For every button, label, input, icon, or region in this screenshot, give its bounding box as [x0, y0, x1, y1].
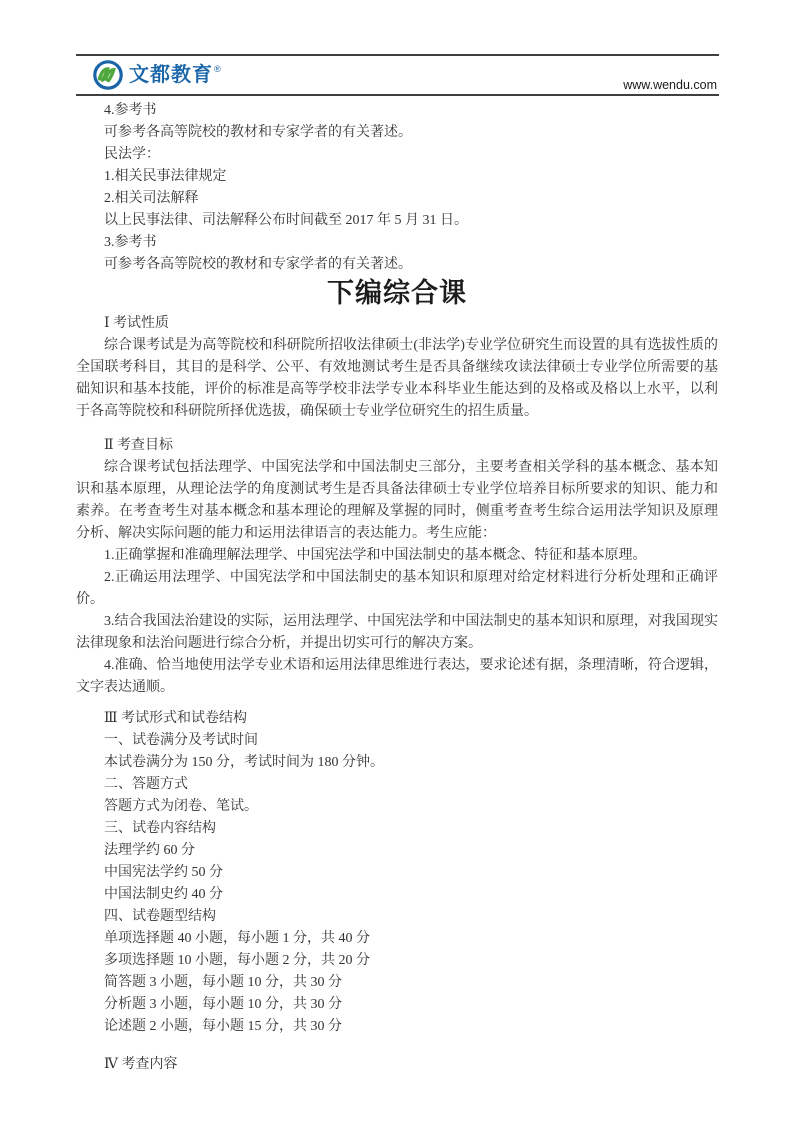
- brand-logo: 文都教育 ®: [92, 59, 220, 91]
- exam-structure-line: 法理学约 60 分: [76, 840, 718, 862]
- document-body: 4.参考书 可参考各高等院校的教材和专家学者的有关著述。 民法学： 1.相关民事…: [76, 94, 718, 1076]
- preamble-line: 2.相关司法解释: [76, 188, 718, 210]
- section-heading-3: Ⅲ 考试形式和试卷结构: [76, 708, 718, 730]
- section-heading-4: Ⅳ 考查内容: [76, 1054, 718, 1076]
- objective-item: 3.结合我国法治建设的实际，运用法理学、中国宪法学和中国法制史的基本知识和原理，…: [76, 611, 718, 655]
- exam-structure-line: 论述题 2 小题，每小题 15 分，共 30 分: [76, 1016, 718, 1038]
- section-paragraph: 综合课考试包括法理学、中国宪法学和中国法制史三部分，主要考查相关学科的基本概念、…: [76, 457, 718, 545]
- objective-item: 4.准确、恰当地使用法学专业术语和运用法律思维进行表达，要求论述有据，条理清晰，…: [76, 655, 718, 699]
- section-heading-2: Ⅱ 考查目标: [76, 435, 718, 457]
- exam-structure-line: 单项选择题 40 小题，每小题 1 分，共 40 分: [76, 928, 718, 950]
- page-header: 文都教育 ® www.wendu.com: [76, 54, 719, 96]
- exam-structure-line: 分析题 3 小题，每小题 10 分，共 30 分: [76, 994, 718, 1016]
- exam-structure-line: 一、试卷满分及考试时间: [76, 730, 718, 752]
- doc-title: 下编综合课: [76, 276, 718, 310]
- exam-structure-line: 答题方式为闭卷、笔试。: [76, 796, 718, 818]
- exam-structure-line: 本试卷满分为 150 分，考试时间为 180 分钟。: [76, 752, 718, 774]
- preamble-line: 4.参考书: [76, 100, 718, 122]
- exam-structure-line: 四、试卷题型结构: [76, 906, 718, 928]
- section-heading-1: Ⅰ 考试性质: [76, 313, 718, 335]
- exam-structure-line: 三、试卷内容结构: [76, 818, 718, 840]
- section-paragraph: 综合课考试是为高等院校和科研院所招收法律硕士(非法学)专业学位研究生而设置的具有…: [76, 335, 718, 423]
- exam-structure-line: 中国法制史约 40 分: [76, 884, 718, 906]
- objective-item: 1.正确掌握和准确理解法理学、中国宪法学和中国法制史的基本概念、特征和基本原理。: [76, 545, 718, 567]
- preamble-line: 3.参考书: [76, 232, 718, 254]
- website-url: www.wendu.com: [623, 78, 717, 92]
- preamble-line: 以上民事法律、司法解释公布时间截至 2017 年 5 月 31 日。: [76, 210, 718, 232]
- exam-structure-line: 多项选择题 10 小题，每小题 2 分，共 20 分: [76, 950, 718, 972]
- preamble-line: 民法学：: [76, 144, 718, 166]
- preamble-line: 可参考各高等院校的教材和专家学者的有关著述。: [76, 122, 718, 144]
- exam-structure-line: 简答题 3 小题，每小题 10 分，共 30 分: [76, 972, 718, 994]
- preamble-line: 1.相关民事法律规定: [76, 166, 718, 188]
- objective-item: 2.正确运用法理学、中国宪法学和中国法制史的基本知识和原理对给定材料进行分析处理…: [76, 567, 718, 611]
- exam-structure-line: 中国宪法学约 50 分: [76, 862, 718, 884]
- registered-mark-icon: ®: [214, 64, 221, 74]
- wendu-leaf-icon: [92, 59, 124, 91]
- exam-structure-line: 二、答题方式: [76, 774, 718, 796]
- document-page: 文都教育 ® www.wendu.com 4.参考书 可参考各高等院校的教材和专…: [0, 0, 793, 1122]
- preamble-line: 可参考各高等院校的教材和专家学者的有关著述。: [76, 254, 718, 276]
- brand-name: 文都教育: [129, 60, 213, 90]
